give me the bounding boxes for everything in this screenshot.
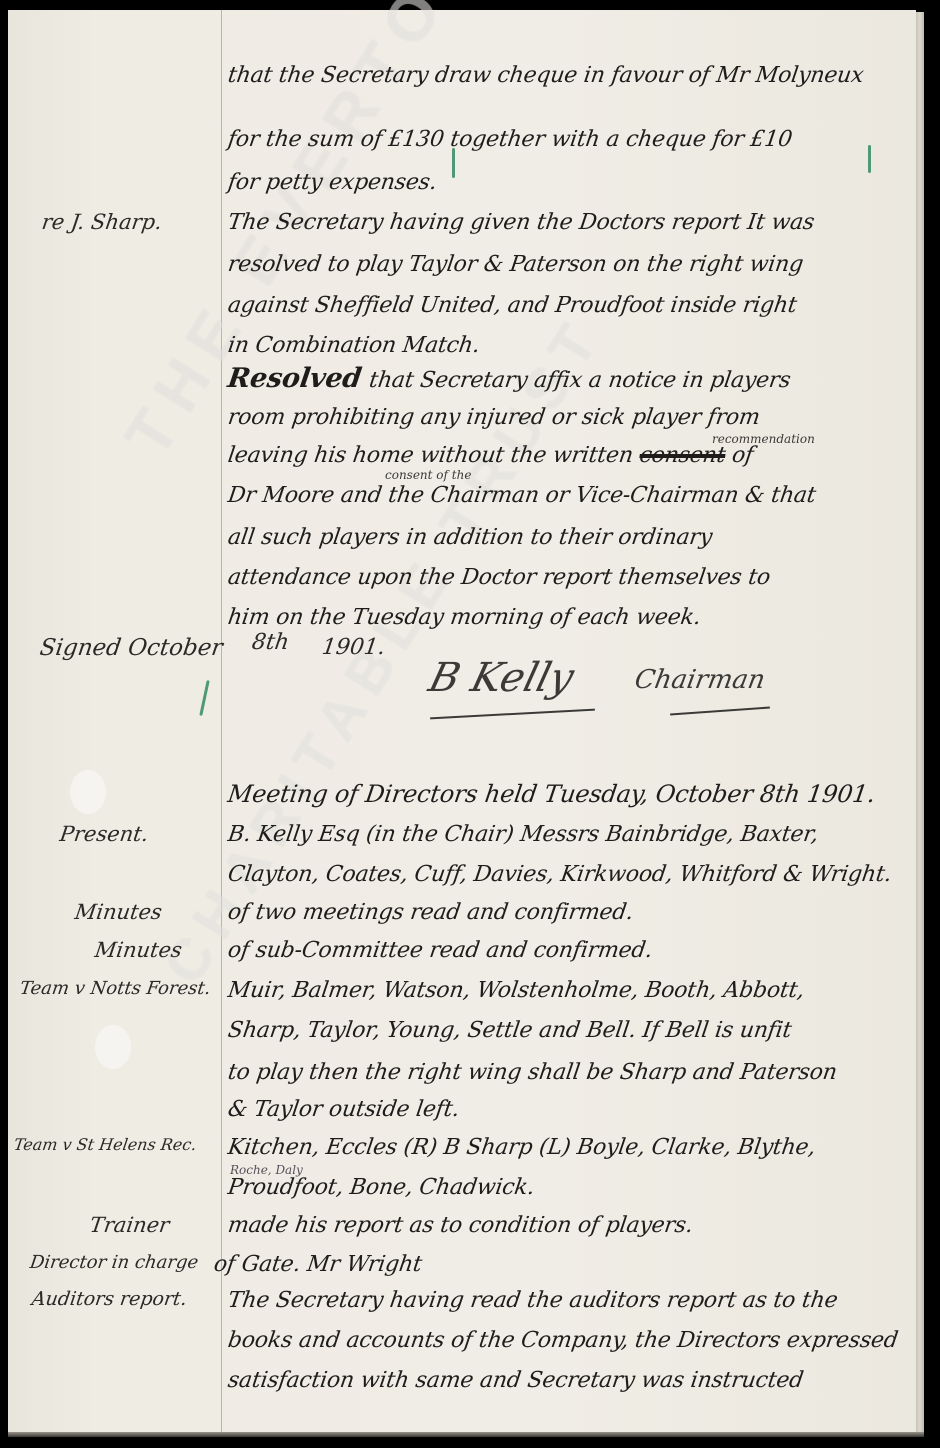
text-line: him on the Tuesday morning of each week. — [226, 605, 702, 630]
text-line: of Gate. Mr Wright — [212, 1252, 423, 1277]
text-line: to play then the right wing shall be Sha… — [226, 1060, 838, 1085]
margin-label-sharp: re J. Sharp. — [40, 210, 163, 234]
resolved-text: that Secretary affix a notice in players — [368, 368, 793, 393]
struck-word: consent — [638, 443, 727, 468]
text-line: Muir, Balmer, Watson, Wolstenholme, Boot… — [226, 978, 806, 1003]
signed-year: 1901. — [320, 635, 386, 660]
margin-label-gate: Director in charge — [29, 1252, 200, 1273]
margin-label-minutes: Minutes — [73, 900, 163, 924]
margin-label-present: Present. — [58, 822, 150, 846]
text-line: room prohibiting any injured or sick pla… — [226, 405, 761, 430]
resolved-lead: Resolved — [226, 363, 364, 394]
margin-label-minutes: Minutes — [93, 938, 183, 962]
page-bottom-edge — [8, 1432, 924, 1437]
margin-rule — [221, 10, 222, 1437]
text-line: Sharp, Taylor, Young, Settle and Bell. I… — [226, 1018, 793, 1043]
text-line: books and accounts of the Company, the D… — [226, 1328, 899, 1353]
page-edge — [916, 12, 924, 1436]
chairman-signature: B Kelly — [424, 655, 578, 701]
text-line: The Secretary having given the Doctors r… — [226, 210, 816, 235]
resolution-line: Resolved that Secretary affix a notice i… — [226, 363, 793, 394]
text-line: of two meetings read and confirmed. — [226, 900, 635, 925]
text-line: Kitchen, Eccles (R) B Sharp (L) Boyle, C… — [226, 1135, 817, 1160]
text-line-with-strike: leaving his home without the written con… — [226, 443, 755, 468]
text-segment: leaving his home without the written — [226, 443, 634, 468]
green-tick-mark — [452, 148, 455, 178]
text-line: The Secretary having read the auditors r… — [226, 1288, 839, 1313]
chairman-title: Chairman — [632, 665, 767, 695]
margin-label-auditors: Auditors report. — [30, 1288, 188, 1310]
text-line: Clayton, Coates, Cuff, Davies, Kirkwood,… — [226, 862, 893, 887]
text-segment: of — [730, 443, 755, 468]
text-line: for petty expenses. — [226, 170, 438, 195]
text-line: all such players in addition to their or… — [226, 525, 713, 550]
text-line: against Sheffield United, and Proudfoot … — [226, 293, 798, 318]
text-line: that the Secretary draw cheque in favour… — [226, 63, 865, 88]
text-line: Dr Moore and the Chairman or Vice-Chairm… — [226, 483, 817, 508]
signed-label: Signed October — [38, 635, 224, 661]
signed-day: 8th — [250, 630, 291, 655]
text-line: resolved to play Taylor & Paterson on th… — [226, 252, 805, 277]
margin-label-team-st-helens: Team v St Helens Rec. — [13, 1135, 198, 1154]
text-line: B. Kelly Esq (in the Chair) Messrs Bainb… — [226, 822, 820, 847]
text-line: & Taylor outside left. — [226, 1097, 461, 1122]
margin-label-trainer: Trainer — [88, 1213, 171, 1237]
insertion-note: consent of the — [385, 468, 471, 482]
green-tick-mark — [868, 145, 871, 173]
text-line: for the sum of £130 together with a cheq… — [226, 127, 793, 152]
punch-hole-mark — [95, 1025, 131, 1069]
text-line: made his report as to condition of playe… — [226, 1213, 694, 1238]
punch-hole-mark — [70, 770, 106, 814]
text-line: of sub-Committee read and confirmed. — [226, 938, 654, 963]
text-line: satisfaction with same and Secretary was… — [226, 1368, 805, 1393]
text-line: attendance upon the Doctor report themse… — [226, 565, 772, 590]
margin-label-team-notts-forest: Team v Notts Forest. — [19, 978, 212, 999]
text-line: Proudfoot, Bone, Chadwick. — [226, 1175, 536, 1200]
text-line: in Combination Match. — [226, 333, 481, 358]
meeting-heading: Meeting of Directors held Tuesday, Octob… — [226, 780, 877, 808]
